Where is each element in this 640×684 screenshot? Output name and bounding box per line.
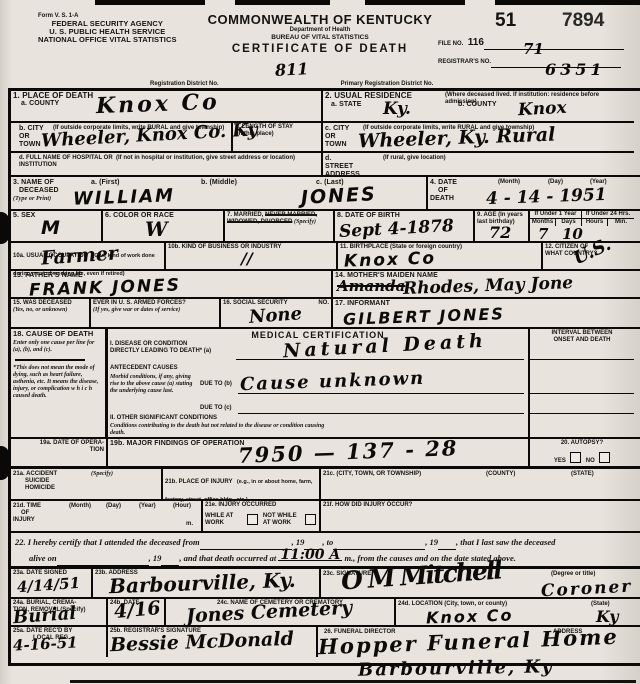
accident-suicide-field: 21a. ACCIDENTSUICIDEHOMICIDE (Specify) (11, 469, 163, 499)
street-address-field: d. STREETADDRESS (If rural, give locatio… (323, 153, 634, 177)
date-of-birth-value: Sept 4-1878 (339, 218, 455, 241)
hospital-field: d. FULL NAME OF HOSPITAL OR INSTITUTION … (11, 153, 321, 177)
marital-label-married: 7. MARRIED, (227, 212, 263, 218)
color-race-field: 6. COLOR OR RACE W (103, 211, 225, 241)
scan-artifact (70, 680, 636, 683)
blank-from (200, 540, 292, 550)
blank-to (333, 540, 425, 550)
burial-field: 24a. BURIAL, CREMA-TION, REMOVAL(Specify… (11, 599, 108, 625)
row-cause-of-death: 18. CAUSE OF DEATH Enter only one cause … (11, 329, 640, 439)
city-or-town-box: b. CITYORTOWN (If outside corporate limi… (11, 123, 233, 151)
medical-certification-area: MEDICAL CERTIFICATION I. DISEASE OR COND… (108, 329, 530, 437)
father-name-value: Frank Jones (29, 277, 182, 299)
cause-of-death-title: 18. CAUSE OF DEATH (13, 330, 103, 338)
burial-date-value: 4/16 (113, 599, 161, 622)
accident-specify-note: (Specify) (91, 471, 113, 478)
blank-aliveon (57, 556, 149, 566)
county-value: Knox Co (96, 91, 220, 117)
how-injury-occurred-label: 21f. HOW DID INJURY OCCUR? (323, 502, 632, 509)
place-city-field: b. CITYORTOWN (If outside corporate limi… (11, 123, 321, 153)
hours-header: Hours (582, 219, 608, 226)
age-value: 72 (489, 225, 511, 241)
occupation-field: 10a. USUAL OCCUPATION (Give kind of work… (11, 243, 166, 269)
funeral-director-field: 26. FUNERAL DIRECTOR ADDRESS Hopper Fune… (318, 627, 634, 657)
interval-line-c (530, 413, 634, 414)
divider (15, 359, 85, 361)
injury-meridiem-label: m. (186, 521, 193, 528)
scan-artifact (95, 0, 205, 5)
registration-district-value: 811 (275, 61, 309, 79)
not-while-at-work-label: NOT WHILE AT WORK (263, 513, 301, 527)
signature-field: 23c. SIGNATURE O M Mitchell (Degree or t… (321, 569, 634, 597)
autopsy-yes-label: YES (554, 458, 566, 464)
scan-artifact (495, 0, 640, 5)
row-operation: 19a. DATE OF OPERA-TION 19b. MAJOR FINDI… (11, 439, 640, 469)
residence-state-value: Ky. (383, 101, 411, 118)
residence-city-label: c. CITYORTOWN (325, 125, 351, 149)
burial-value: Burial (12, 605, 76, 627)
injury-month-header: (Month) (69, 503, 91, 510)
autopsy-field: 20. AUTOPSY? YES NO (530, 439, 634, 466)
cemetery-location-value: Knox Co (426, 607, 514, 626)
armed-forces-label: EVER IN U. S. ARMED FORCES? (93, 300, 186, 306)
autopsy-no-label: NO (586, 458, 595, 464)
certify-text-1: 22. I hereby certify that I attended the… (15, 537, 200, 547)
stamp-number-51: 51 (495, 10, 516, 32)
day-header: (Day) (548, 179, 563, 186)
birthplace-field: 11. BIRTHPLACE (State or foreign country… (338, 243, 543, 269)
cause-note-1: Enter only one cause per line for (a), (… (13, 340, 103, 354)
signer-address-field: 23b. ADDRESS Barbourville, Ky. (93, 569, 321, 597)
date-signed-value: 4/14/51 (17, 576, 81, 595)
injury-hour-header: (Hour) (173, 503, 191, 510)
business-industry-value: // (241, 251, 253, 267)
marital-label-widowed: WIDOWED, DIVORCED (227, 219, 292, 225)
file-number-label: FILE NO. (438, 41, 463, 47)
social-security-field: 16. SOCIAL SECURITY NO. None (221, 299, 333, 327)
residence-city-value: Wheeler, Ky. Rural (358, 126, 556, 152)
citizen-field: 12. CITIZEN OFWHAT COUNTRY? U.S. (543, 243, 634, 269)
injury-state-label: (STATE) (571, 471, 594, 478)
injury-occurred-field: 21e. INJURY OCCURRED WHILE AT WORK NOT W… (203, 501, 321, 531)
cause-note-2: *This does not mean the mode of dying, s… (13, 365, 103, 400)
line-a (236, 359, 524, 360)
stamp-number-7894: 7894 (562, 10, 604, 32)
length-of-stay-label: c. LENGTH OF STAY (235, 124, 319, 131)
length-of-stay-box: c. LENGTH OF STAY (in this place) (233, 123, 321, 151)
primary-district-label: Primary Registration District No. (341, 81, 434, 87)
blank-19b (438, 540, 456, 550)
mother-name-struck: Amanda (337, 279, 405, 294)
informant-field: 17. INFORMANT Gilbert Jones (333, 299, 634, 327)
due-to-b-label: DUE TO (b) (200, 381, 232, 388)
interval-line-b (530, 393, 634, 394)
antecedent-causes-label: ANTECEDENT CAUSES (110, 365, 178, 372)
place-of-injury-label: 21b. PLACE OF INJURY (165, 479, 232, 485)
mother-name-value: Rhodes, May Jone (403, 275, 574, 298)
row-armedforces-ssn-informant: 15. WAS DECEASED(Yes, no, or unknown) EV… (11, 299, 640, 329)
sex-field: 5. SEX M (11, 211, 103, 241)
father-name-field: 13. FATHER'S NAME Frank Jones (11, 271, 333, 297)
funeral-director-address-value: Barbourville, Ky (358, 658, 554, 679)
not-while-at-work-checkbox (305, 514, 316, 525)
registrar-signature-value: Bessie McDonald (110, 630, 294, 655)
autopsy-label: 20. AUTOPSY? (532, 440, 632, 447)
age-label: 9. AGE (In years (477, 212, 523, 218)
date-of-operation-field: 19a. DATE OF OPERA-TION (11, 439, 108, 466)
line-c (238, 413, 524, 414)
name-of-deceased-field: 3. NAME OFDECEASED(Type or Print) a. (Fi… (11, 177, 428, 209)
age-days-value: 10 (562, 227, 583, 242)
major-findings-value: 7950 — 137 - 28 (238, 437, 459, 466)
last-name-value: JONES (301, 185, 378, 208)
place-county-field: 1. PLACE OF DEATH a. COUNTY Knox Co (11, 91, 321, 123)
first-name-header: a. (First) (91, 179, 120, 187)
other-significant-conditions-note: Conditions contributing to the death but… (110, 423, 330, 437)
injury-year-header: (Year) (139, 503, 156, 510)
marital-label-nevermarried: NEVER MARRIED, (265, 212, 317, 218)
length-of-stay-note: (in this place) (235, 131, 319, 138)
cemetery-field: 24c. NAME OF CEMETERY OR CREMATORY Jones… (166, 599, 396, 625)
death-time-line: 11:00 A (278, 560, 342, 561)
row-burial: 24a. BURIAL, CREMA-TION, REMOVAL(Specify… (11, 599, 640, 627)
cause-b-value: Cause unknown (240, 370, 426, 394)
autopsy-no-checkbox (599, 452, 610, 463)
accident-label: 21a. ACCIDENTSUICIDEHOMICIDE (13, 471, 57, 492)
mother-name-field: 14. MOTHER'S MAIDEN NAME Amanda Rhodes, … (333, 271, 634, 297)
time-of-injury-label: 21d. TIMEOFINJURY (13, 503, 41, 524)
marital-label-specify: (Specify) (294, 219, 316, 225)
scan-artifact (235, 0, 330, 5)
row-sex-race-age: 5. SEX M 6. COLOR OR RACE W 7. MARRIED, … (11, 211, 640, 243)
date-signed-field: 23a. DATE SIGNED 4/14/51 (11, 569, 93, 597)
age-field: 9. AGE (In yearslast birthday) 72 (475, 211, 530, 241)
autopsy-yes-checkbox (570, 452, 581, 463)
sex-value: M (41, 219, 62, 238)
usual-residence-section: 2. USUAL RESIDENCE (Where deceased lived… (323, 91, 634, 175)
row-accident: 21a. ACCIDENTSUICIDEHOMICIDE (Specify) 2… (11, 469, 640, 501)
other-significant-conditions-label: II. OTHER SIGNIFICANT CONDITIONS (110, 415, 217, 422)
row-occupation-birthplace: 10a. USUAL OCCUPATION (Give kind of work… (11, 243, 640, 271)
residence-city-field: c. CITYORTOWN (If outside corporate limi… (323, 123, 634, 153)
color-race-value: W (145, 219, 167, 239)
signer-address-value: Barbourville, Ky. (109, 570, 296, 597)
date-of-birth-field: 8. DATE OF BIRTH Sept 4-1878 (335, 211, 475, 241)
registration-district-label: Registration District No. (150, 81, 219, 87)
row-registrar: 25a. DATE REC'D BYLOCAL REG. 4-16-51 25b… (11, 627, 640, 657)
residence-county-label: b. COUNTY (458, 101, 497, 109)
was-deceased-label: 15. WAS DECEASED (13, 300, 72, 306)
injury-occurred-label: 21e. INJURY OCCURRED (205, 502, 317, 509)
place-of-injury-field: 21b. PLACE OF INJURY (e.g., in or about … (163, 469, 321, 499)
agency-line3: NATIONAL OFFICE VITAL STATISTICS (38, 36, 177, 44)
cemetery-state-value: Ky (596, 609, 618, 625)
primary-district-value: 6351 (545, 62, 606, 78)
registrar-number-value: 71 (523, 42, 544, 57)
street-address-note: (If rural, give location) (383, 155, 446, 162)
row-injury-detail: 21d. TIMEOFINJURY (Month) (Day) (Year) (… (11, 501, 640, 533)
month-header: (Month) (498, 179, 520, 186)
blank-19c (161, 556, 179, 566)
under-1-year-header: If Under 1 Year (530, 211, 582, 218)
interval-label: INTERVAL BETWEEN (551, 330, 612, 336)
registrar-signature-field: 25b. REGISTRAR'S SIGNATURE Bessie McDona… (108, 627, 318, 657)
how-injury-occurred-field: 21f. HOW DID INJURY OCCUR? (321, 501, 634, 531)
interval-column: INTERVAL BETWEENONSET AND DEATH (530, 329, 634, 437)
residence-state-county-field: 2. USUAL RESIDENCE (Where deceased lived… (323, 91, 634, 123)
row-place-residence: 1. PLACE OF DEATH a. COUNTY Knox Co b. C… (11, 91, 640, 177)
birthplace-value: Knox Co (344, 250, 437, 270)
residence-county-value: Knox (518, 100, 567, 120)
certify-text-2: alive on (29, 553, 57, 563)
injury-city-label: 21c. (CITY, TOWN, OR TOWNSHIP) (323, 471, 421, 478)
occupation-value: Farmer (40, 244, 118, 268)
disease-condition-label: I. DISEASE OR CONDITIONDIRECTLY LEADING … (110, 341, 211, 355)
age-months-value: 7 (538, 227, 548, 242)
street-address-label: d. STREETADDRESS (325, 155, 359, 179)
commonwealth-title: COMMONWEALTH OF KENTUCKY (200, 12, 440, 27)
header-title-block: COMMONWEALTH OF KENTUCKY Department of H… (200, 12, 440, 55)
date-of-operation-label: 19a. DATE OF OPERA- (40, 440, 104, 446)
row-name-dateofdeath: 3. NAME OFDECEASED(Type or Print) a. (Fi… (11, 177, 640, 211)
hospital-label: d. FULL NAME OF HOSPITAL OR INSTITUTION (19, 155, 114, 169)
date-of-death-field: 4. DATEOFDEATH (Month) (Day) (Year) 4 - … (428, 177, 634, 209)
file-number-value: 116 (468, 37, 484, 48)
death-time-value: 11:00 A (280, 548, 340, 562)
middle-name-header: b. (Middle) (201, 179, 237, 187)
under-24-hrs-header: If Under 24 Hrs. (582, 211, 634, 218)
marital-status-field: 7. MARRIED, NEVER MARRIED, WIDOWED, DIVO… (225, 211, 335, 241)
date-received-field: 25a. DATE REC'D BYLOCAL REG. 4-16-51 (11, 627, 108, 657)
burial-date-field: 24b. DATE 4/16 (108, 599, 166, 625)
business-industry-field: 10b. KIND OF BUSINESS OR INDUSTRY // (166, 243, 338, 269)
min-header: Min. (608, 219, 634, 226)
header-agency-block: Form V. S. 1-A FEDERAL SECURITY AGENCY U… (38, 13, 177, 44)
major-findings-field: 19b. MAJOR FINDINGS OF OPERATION 7950 — … (108, 439, 530, 466)
interval-line-a (530, 359, 634, 360)
was-deceased-field: 15. WAS DECEASED(Yes, no, or unknown) (11, 299, 91, 327)
file-number-line (484, 40, 624, 50)
registrar-number-label: REGISTRAR'S NO. (438, 59, 491, 65)
injury-county-label: (COUNTY) (486, 471, 515, 478)
armed-forces-field: EVER IN U. S. ARMED FORCES?(If yes, give… (91, 299, 221, 327)
date-received-value: 4-16-51 (13, 635, 78, 653)
age-subcolumns: If Under 1 Year If Under 24 Hrs. Months … (530, 211, 634, 241)
age-group-headers: If Under 1 Year If Under 24 Hrs. (530, 211, 634, 219)
injury-location-field: 21c. (CITY, TOWN, OR TOWNSHIP) (COUNTY) … (321, 469, 634, 499)
cause-of-death-side: 18. CAUSE OF DEATH Enter only one cause … (11, 329, 108, 437)
dept-of-health: Department of Health (200, 27, 440, 34)
place-of-death-section: 1. PLACE OF DEATH a. COUNTY Knox Co b. C… (11, 91, 323, 175)
time-of-injury-field: 21d. TIMEOFINJURY (Month) (Day) (Year) (… (11, 501, 203, 531)
morbid-conditions-note: Morbid conditions, if any, giving rise t… (110, 374, 195, 395)
death-certificate-scan: Form V. S. 1-A FEDERAL SECURITY AGENCY U… (0, 0, 640, 684)
degree-title-label: (Degree or title) (551, 571, 595, 578)
date-of-death-value: 4 - 14 - 1951 (486, 187, 607, 208)
degree-title-value: Coroner (541, 579, 633, 601)
residence-state-label: a. STATE (331, 101, 362, 109)
certificate-title: CERTIFICATE OF DEATH (200, 43, 440, 55)
ssn-value: None (248, 305, 302, 327)
name-title: 3. NAME OFDECEASED(Type or Print) (13, 179, 59, 203)
due-to-c-label: DUE TO (c) (200, 405, 232, 412)
row-certify-statement: 22. I hereby certify that I attended the… (11, 533, 640, 569)
hospital-note: (If not in hospital or institution, give… (116, 155, 311, 162)
row-parents: 13. FATHER'S NAME Frank Jones 14. MOTHER… (11, 271, 640, 299)
informant-value: Gilbert Jones (343, 306, 505, 328)
cemetery-location-field: 24d. LOCATION (City, town, or county) (S… (396, 599, 634, 625)
certify-statement: 22. I hereby certify that I attended the… (11, 533, 634, 566)
bureau-of-vital-statistics: BUREAU OF VITAL STATISTICS (200, 34, 440, 41)
certificate-form: 1. PLACE OF DEATH a. COUNTY Knox Co b. C… (8, 88, 640, 666)
date-of-death-title: 4. DATEOFDEATH (430, 179, 457, 203)
injury-day-header: (Day) (106, 503, 121, 510)
row-signed: 23a. DATE SIGNED 4/14/51 23b. ADDRESS Ba… (11, 569, 640, 599)
while-at-work-checkbox (247, 514, 258, 525)
scan-artifact (365, 0, 465, 5)
while-at-work-label: WHILE AT WORK (205, 513, 243, 527)
first-name-value: WILLIAM (73, 187, 176, 209)
